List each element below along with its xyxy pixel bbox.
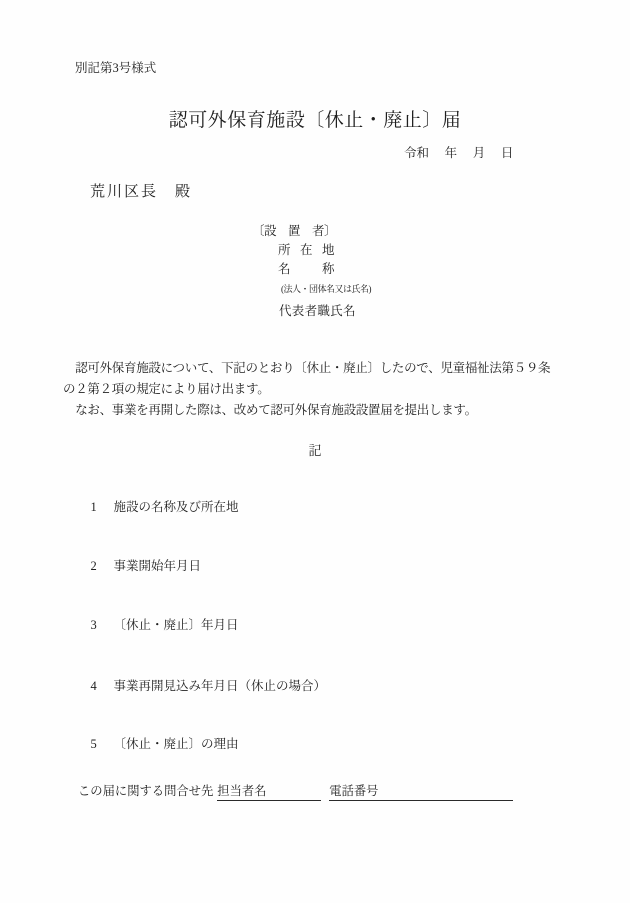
item-number: 2	[91, 559, 114, 574]
list-item-suspension-closure-date: 3〔休止・廃止〕年月日	[78, 603, 239, 648]
document-title: 認可外保育施設〔休止・廃止〕届	[0, 110, 630, 133]
item-label: 事業開始年月日	[114, 559, 202, 573]
list-item-expected-restart-date: 4事業再開見込み年月日（休止の場合）	[78, 664, 326, 709]
body-paragraph-line: の２第２項の規定により届け出ます。	[63, 382, 269, 397]
installer-address-label: 所 在 地	[278, 243, 333, 258]
item-label: 施設の名称及び所在地	[114, 500, 239, 514]
record-marker: 記	[0, 443, 630, 459]
list-item-business-start-date: 2事業開始年月日	[78, 544, 201, 589]
addressee: 荒川区長 殿	[90, 183, 192, 201]
list-item-facility-name: 1施設の名称及び所在地	[78, 485, 239, 530]
date-line: 令和 年 月 日	[404, 146, 513, 161]
installer-name-note: (法人・団体名又は氏名)	[281, 284, 371, 295]
item-label: 〔休止・廃止〕の理由	[114, 737, 239, 751]
installer-name-label: 名 称	[278, 262, 333, 277]
installer-heading: 〔設 置 者〕	[252, 224, 336, 239]
item-number: 3	[91, 618, 114, 633]
item-label: 〔休止・廃止〕年月日	[114, 618, 239, 632]
item-label: 事業再開見込み年月日（休止の場合）	[114, 679, 327, 693]
form-number: 別記第3号様式	[75, 61, 156, 76]
contact-person-blank: 担当者名	[217, 784, 321, 801]
installer-representative-label: 代表者職氏名	[279, 304, 356, 319]
contact-phone-blank: 電話番号	[329, 784, 513, 801]
list-item-reason: 5〔休止・廃止〕の理由	[78, 722, 239, 767]
item-number: 1	[91, 500, 114, 515]
body-paragraph-line: なお、事業を再開した際は、改めて認可外保育施設設置届を提出します。	[63, 403, 477, 418]
item-number: 4	[91, 679, 114, 694]
document-page: 別記第3号様式 認可外保育施設〔休止・廃止〕届 令和 年 月 日 荒川区長 殿 …	[0, 0, 630, 903]
contact-label: この届に関する問合せ先	[78, 784, 213, 799]
item-number: 5	[91, 737, 114, 752]
body-paragraph-line: 認可外保育施設について、下記のとおり〔休止・廃止〕したので、児童福祉法第５９条	[63, 361, 550, 376]
contact-footer: この届に関する問合せ先担当者名電話番号	[78, 784, 513, 801]
